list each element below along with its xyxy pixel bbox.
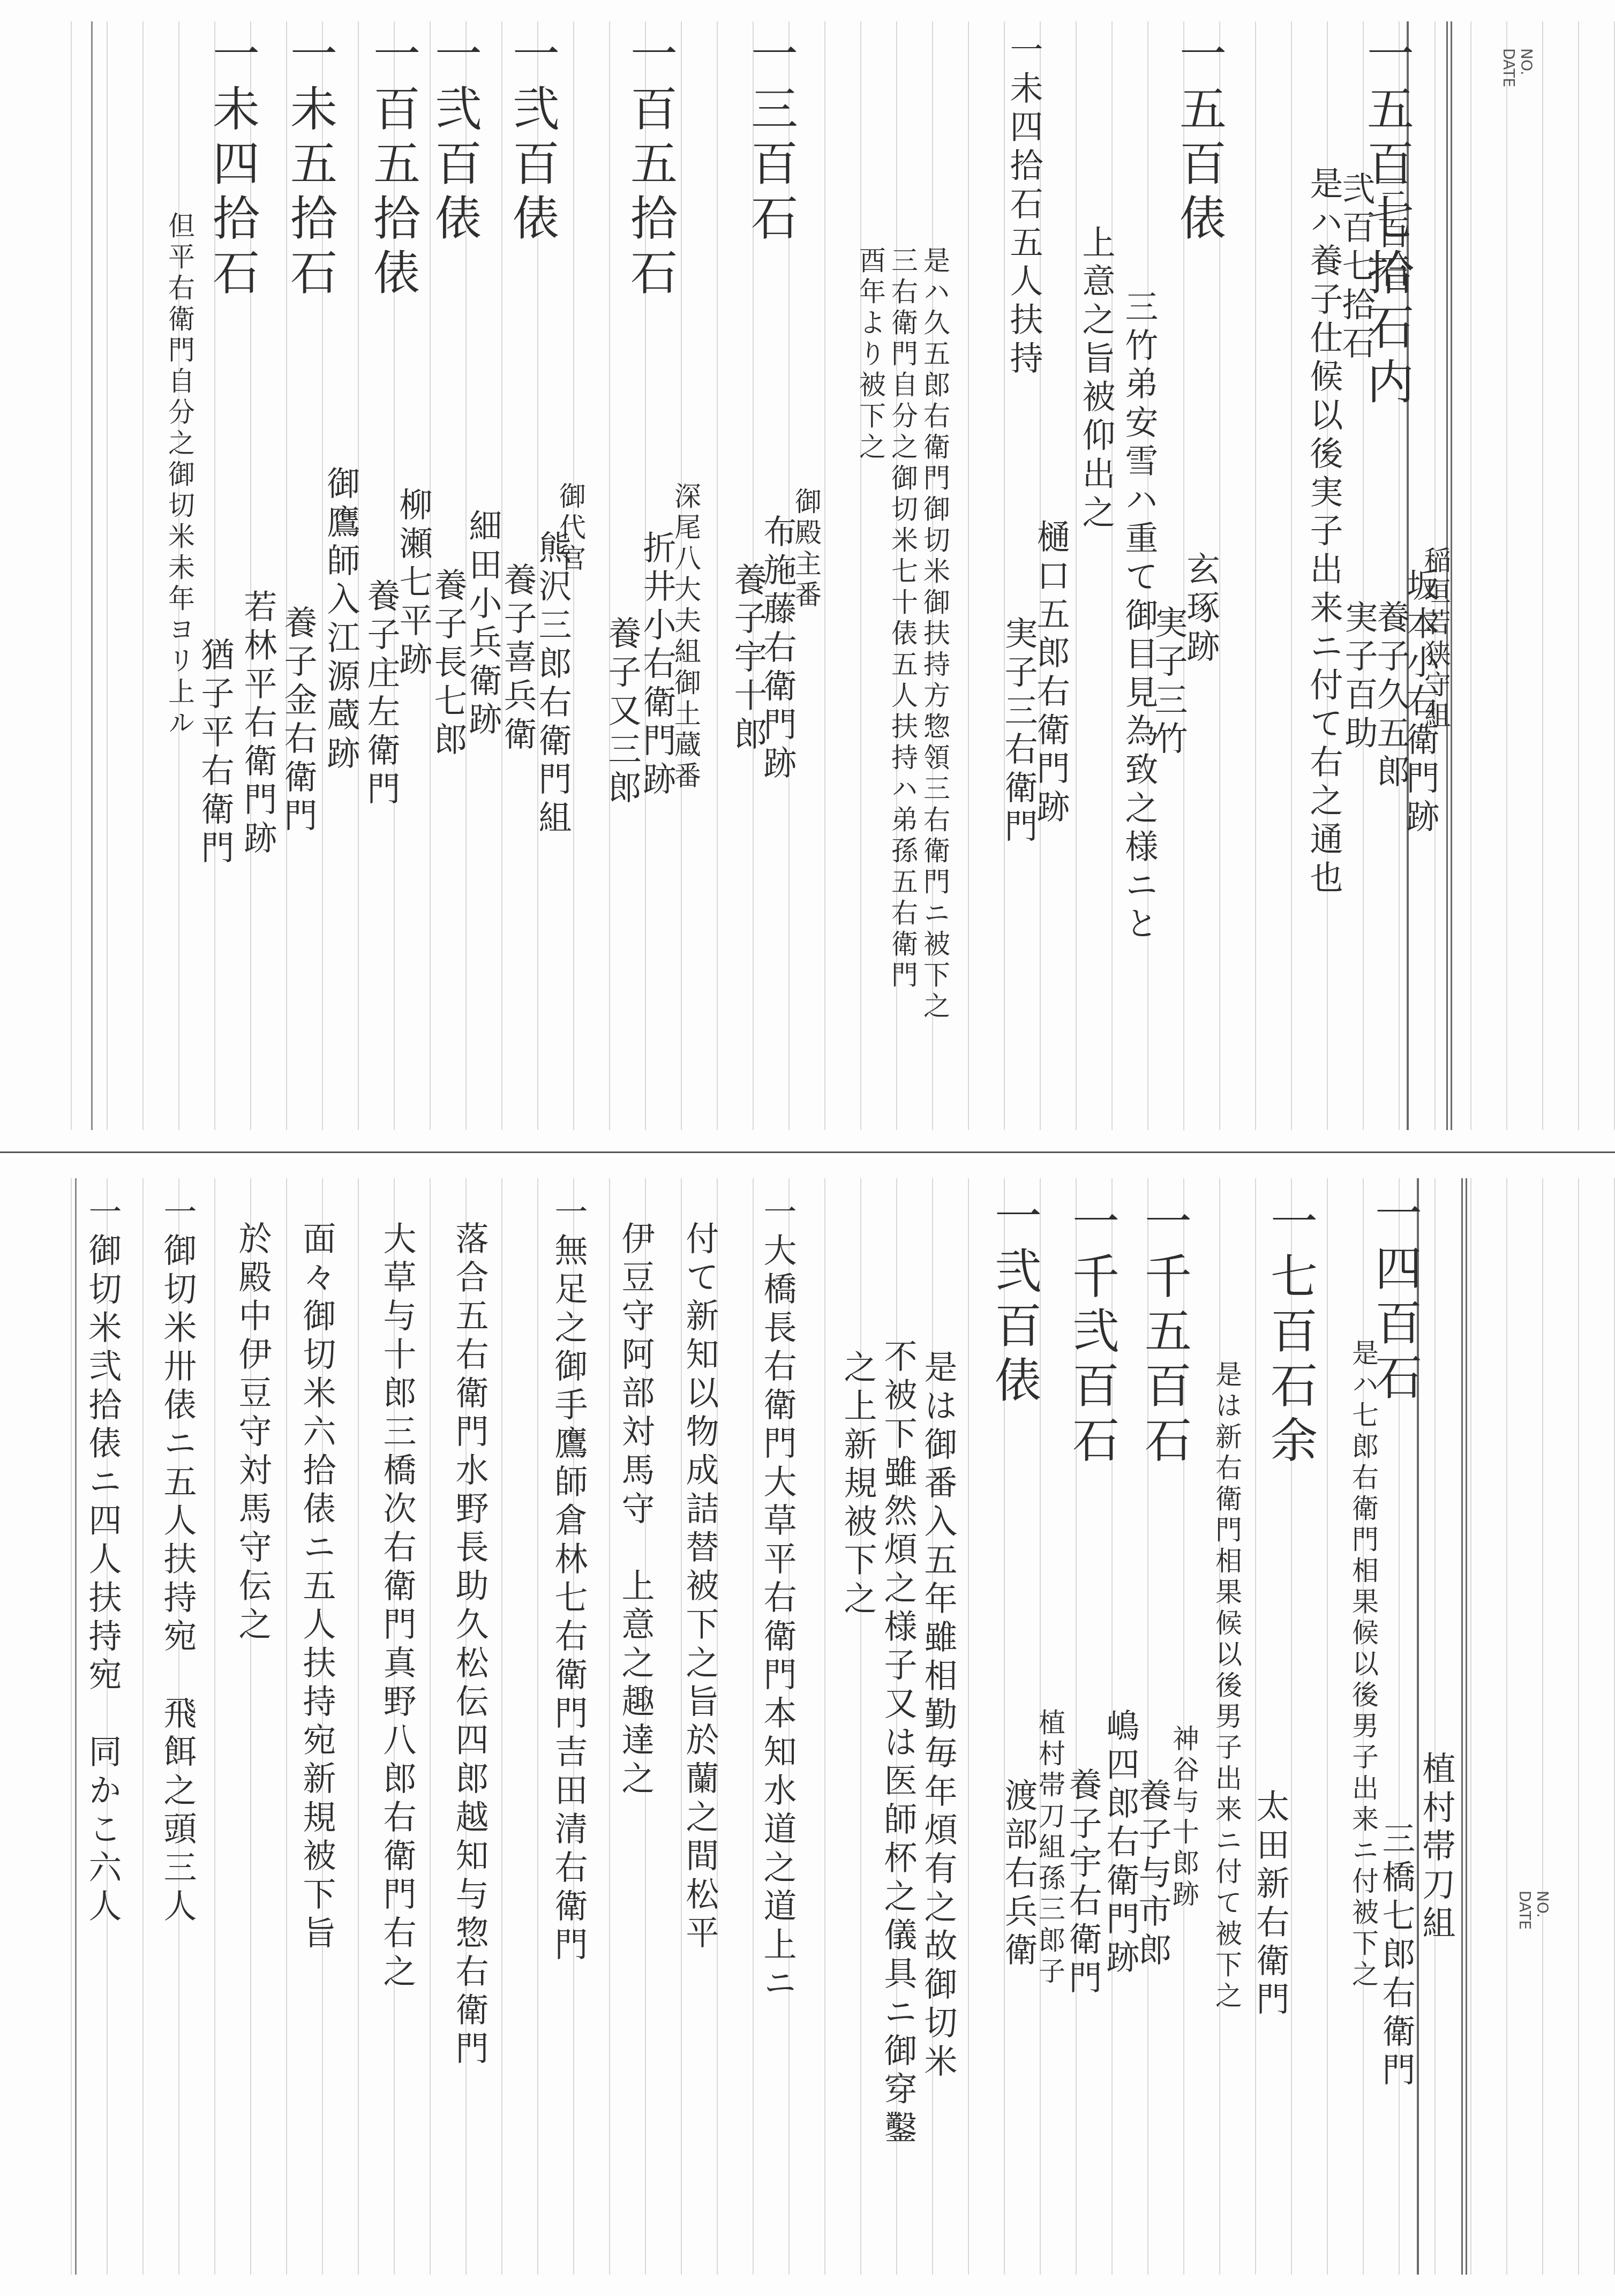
column-name: 神谷与十郎跡: [1170, 1725, 1197, 1911]
column-name: 渡部右兵衛: [1002, 1778, 1035, 1971]
column-note: 是は御番入五年雖相勤毎年煩有之故御切米: [921, 1350, 955, 2082]
column-name: 植村帯刀組孫三郎子: [1036, 1708, 1063, 1988]
column-name: 柳瀬七平跡: [396, 487, 430, 680]
margin-line: [1466, 1178, 1467, 2275]
column-name: 太田新右衛門: [1253, 1789, 1287, 2020]
column-name: 実子三右衛門: [1002, 616, 1035, 847]
column-name: 実子百助: [1342, 600, 1375, 754]
column-note: 酉年より被下之: [857, 246, 884, 464]
column-name: 嶋四郎右衛門跡: [1103, 1708, 1137, 1978]
column-name: 養子庄左衛門: [364, 578, 397, 810]
column-note: 是ハ養子仕候以後実子出来ニ付て右之通也: [1307, 166, 1340, 899]
column-heading: 一御切米弐拾俵ニ四人扶持宛 同かこ六人: [86, 1194, 119, 1927]
column-note: 是ハ久五郎右衛門御切米御扶持方惣領三右衛門ニ被下之: [921, 246, 948, 1023]
no-label: NO.: [1518, 48, 1535, 87]
column-heading: 一大橋長右衛門大草平右衛門本知水道之道上ニ: [761, 1194, 794, 2004]
no-date-header: NO. DATE: [1516, 1891, 1551, 1939]
column-note: 之上新規被下之: [841, 1350, 874, 1620]
column-heading: 一弐百俵: [509, 29, 556, 248]
column-heading: 一千弐百石: [1069, 1197, 1116, 1470]
column-name: 養子金右衛門: [281, 605, 314, 837]
column-note: 三右衛門自分之御切米七十俵五人扶持ハ弟孫五右衛門: [889, 246, 916, 992]
column-heading: 一未五拾石: [287, 29, 334, 303]
column-note: 但平右衛門自分之御切米未年ヨリ上ル: [166, 212, 193, 740]
column-heading: 一弐百俵: [991, 1192, 1038, 1410]
column-note: 是は新右衛門相果候以後男子出来ニ付て被下之: [1213, 1360, 1240, 2013]
column-name: 若林平右衛門跡: [241, 589, 274, 859]
column-note: 付て新知以物成詰替被下之旨於蘭之間松平: [683, 1221, 716, 1954]
column-name: 養子長七郎: [431, 568, 464, 761]
column-name: 玄琢跡: [1184, 552, 1217, 667]
column-name: 養子喜兵衛: [501, 562, 534, 755]
column-heading: 一五百俵: [1176, 29, 1223, 248]
column-note: 落合五右衛門水野長助久松伝四郎越知与惣右衛門: [453, 1221, 486, 2069]
margin-line: [75, 1178, 77, 2275]
column-note: 不被下雖然煩之様子又は医師杯之儀具ニ御穿鑿: [881, 1339, 914, 2149]
column-heading: 一無足之御手鷹師倉林七右衛門吉田清右衛門: [552, 1194, 585, 1966]
column-heading: 一百五拾俵: [370, 29, 417, 303]
column-heading: 一七百石余: [1267, 1197, 1314, 1470]
column-heading: 一未四拾石: [209, 29, 256, 303]
date-label: DATE: [1500, 48, 1518, 87]
column-group: 植村帯刀組: [1419, 1751, 1453, 1944]
margin-line: [1461, 1178, 1463, 2275]
column-name: 熊沢三郎右衛門組: [536, 530, 569, 839]
column-heading: 一御切米卅俵ニ五人扶持宛 飛餌之頭三人: [161, 1194, 194, 1927]
column-name: 養子宇右衛門: [1066, 1767, 1099, 1999]
margin-line: [91, 21, 93, 1130]
column-heading: 一三百石: [747, 29, 794, 248]
notebook-page-bottom: NO. DATE 植村帯刀組 三橋七郎右衛門 一四百石 是ハ七郎右衛門相果候以後…: [0, 1157, 1615, 2296]
column-note: 弐百七拾石: [1339, 171, 1372, 364]
column-name: 三橋七郎右衛門: [1379, 1821, 1413, 2091]
column-note: 三竹弟安雪ハ重て御目見為致之様ニと: [1122, 289, 1155, 945]
column-name: 猶子平右衛門: [198, 637, 231, 869]
column-name: 細田小兵衛跡: [466, 509, 499, 740]
date-label: DATE: [1516, 1891, 1534, 1930]
column-note: 大草与十郎三橋次右衛門真野八郎右衛門右之: [380, 1221, 414, 1992]
column-note: 伊豆守阿部対馬守 上意之趣達之: [619, 1221, 652, 1800]
no-date-header: NO. DATE: [1500, 48, 1535, 97]
column-note: 面々御切米六拾俵ニ五人扶持宛新規被下旨: [300, 1221, 333, 1954]
column-heading: 一千五百石: [1141, 1197, 1188, 1470]
column-name: 御鷹師入江源蔵跡: [324, 466, 357, 774]
column-note: 於殿中伊豆守対馬守伝之: [236, 1221, 269, 1645]
column-name: 折井小右衛門跡: [640, 530, 673, 800]
column-name: 養子久五郎: [1374, 600, 1407, 793]
column-heading: 一百五拾石: [627, 29, 674, 303]
column-heading: 一弐百俵: [431, 29, 478, 248]
column-note: 上意之旨被仰出之: [1079, 225, 1113, 533]
column-name: 樋口五郎右衛門跡: [1034, 520, 1067, 828]
no-label: NO.: [1534, 1891, 1551, 1930]
column-name: 養子又三郎: [605, 616, 639, 809]
column-heading: 一未四拾石五人扶持: [1007, 32, 1040, 379]
column-note: 三百石: [1374, 177, 1407, 292]
column-name: 養子与市郎: [1136, 1778, 1169, 1971]
column-name: 養子宇十郎: [731, 562, 764, 755]
column-note: 是ハ七郎右衛門相果候以後男子出来ニ付被下之: [1350, 1339, 1377, 1991]
notebook-page-top: NO. DATE 一五百七拾石内 三百石 弐百七拾石 是ハ養子仕候以後実子出来ニ…: [0, 0, 1615, 1153]
